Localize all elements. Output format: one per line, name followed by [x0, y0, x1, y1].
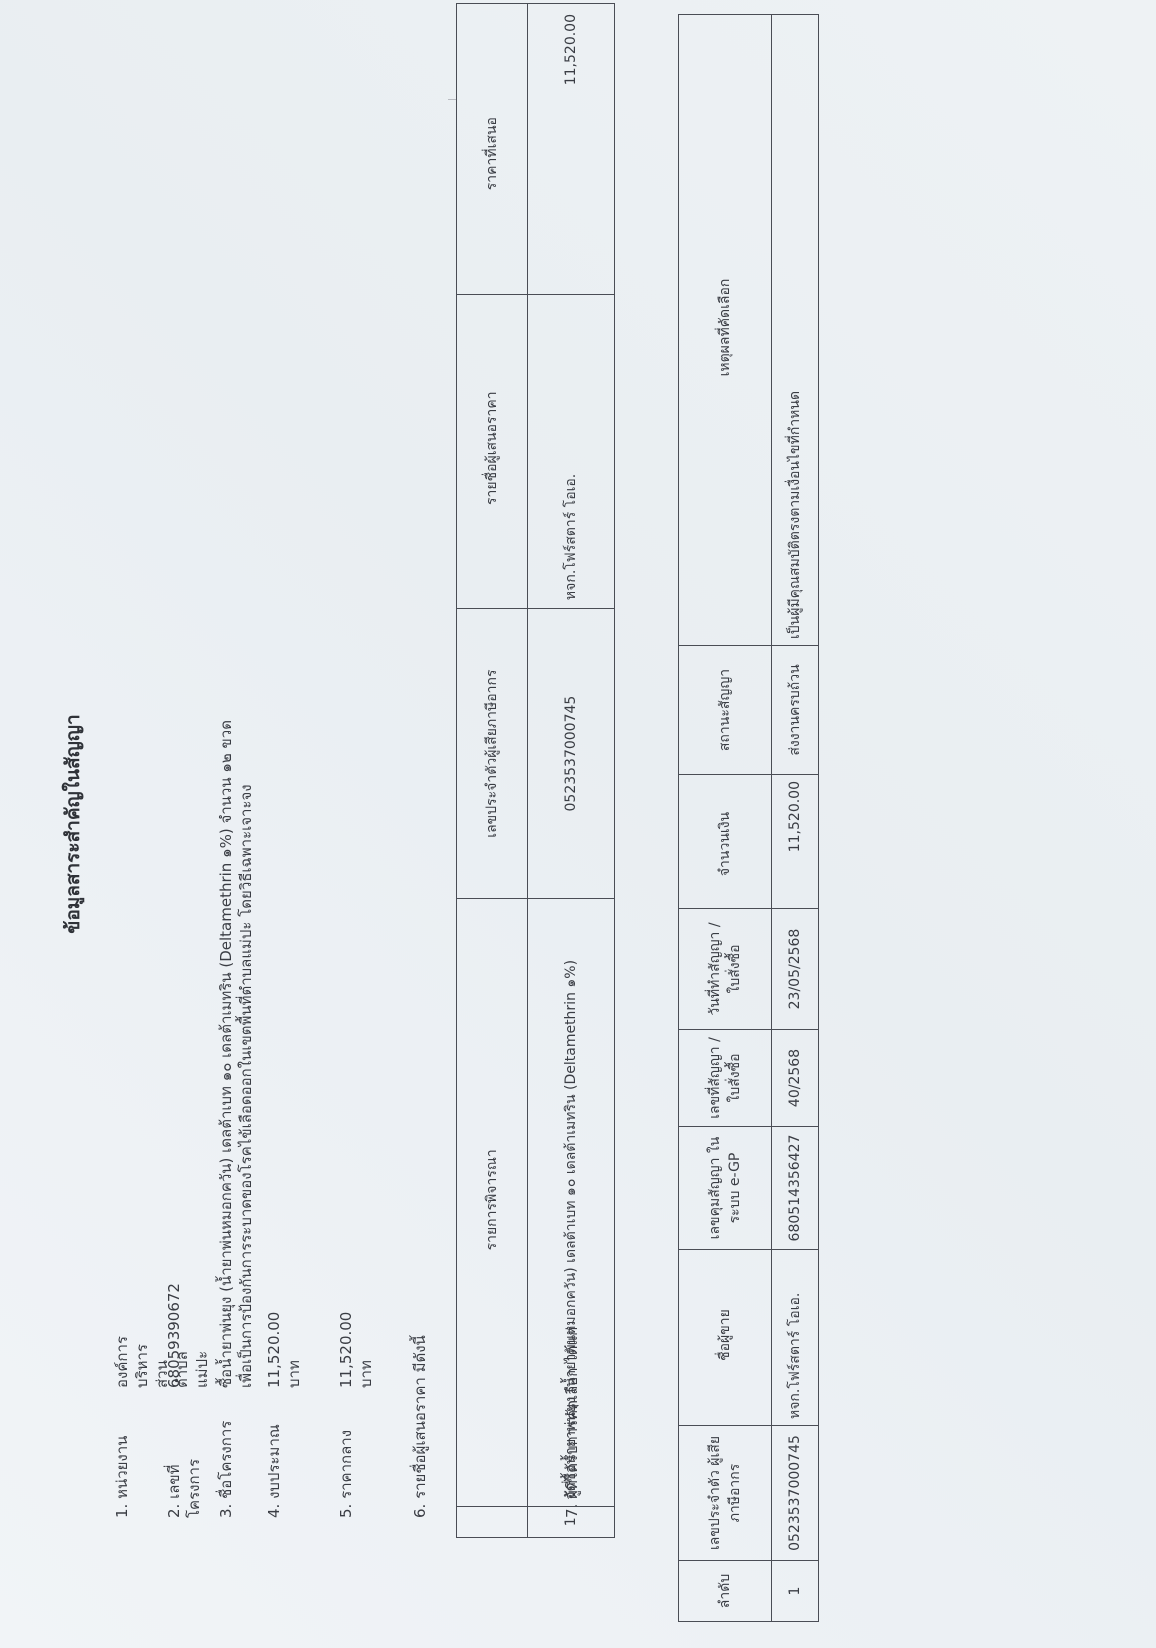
col-header: เลขที่สัญญา / ใบสั่งซื้อ: [679, 1030, 772, 1127]
info-label: 5. ราคากลาง: [336, 1418, 376, 1518]
cell-tax-id: 0523537000745: [528, 609, 615, 899]
info-value: 11,520.00 บาท: [264, 1312, 304, 1388]
cell-egp-control-no: 680514356427: [772, 1127, 819, 1250]
col-header: รายการพิจารณา: [457, 899, 528, 1507]
bidders-table: รายการพิจารณา เลขประจำตัวผู้เสียภาษีอากร…: [456, 3, 615, 1538]
info-label: 4. งบประมาณ: [264, 1418, 304, 1518]
scan-artifact: [448, 99, 456, 100]
info-project-number: 2. เลขที่โครงการ 68059390672: [164, 1283, 204, 1518]
col-header: วันที่ทำสัญญา / ใบสั่งซื้อ: [679, 909, 772, 1030]
cell-contract-date: 23/05/2568: [772, 909, 819, 1030]
selected-vendor-table: ลำดับ เลขประจำตัว ผู้เสียภาษีอากร ชื่อผู…: [678, 14, 819, 1622]
cell-price: 11,520.00: [528, 4, 615, 295]
col-header: รายชื่อผู้เสนอราคา: [457, 295, 528, 609]
page-title: ข้อมูลสาระสำคัญในสัญญา: [58, 0, 88, 1648]
cell-amount: 11,520.00: [772, 775, 819, 909]
col-header: เลขคุมสัญญา ในระบบ e-GP: [679, 1127, 772, 1250]
cell-vendor: หจก.โฟร์สตาร์ โอเอ.: [772, 1250, 819, 1426]
info-budget-row: 4. งบประมาณ 11,520.00 บาท: [264, 1312, 304, 1518]
info-median-price: 5. ราคากลาง 11,520.00 บาท: [336, 1312, 376, 1518]
col-header: ชื่อผู้ขาย: [679, 1250, 772, 1426]
col-header: จำนวนเงิน: [679, 775, 772, 909]
cell-status: ส่งงานครบถ้วน: [772, 646, 819, 775]
document-page: ข้อมูลสาระสำคัญในสัญญา 1. หน่วยงาน องค์ก…: [0, 0, 1156, 1648]
col-header: เลขประจำตัวผู้เสียภาษีอากร: [457, 609, 528, 899]
table-row: 1 จัดซื้อน้ำยาพ่นยุง (น้ำยาพ่นหมอกควัน) …: [528, 4, 615, 1538]
cell-reason: เป็นผู้มีคุณสมบัติตรงตามเงื่อนไขที่กำหนด: [772, 15, 819, 646]
info-value: ซื้อน้ำยาพ่นยุง (น้ำยาพ่นหมอกควัน) เดลต้…: [216, 720, 256, 1388]
table-row: 1 0523537000745 หจก.โฟร์สตาร์ โอเอ. 6805…: [772, 15, 819, 1622]
info-value: 68059390672: [164, 1283, 204, 1388]
col-header: ราคาที่เสนอ: [457, 4, 528, 295]
cell-tax-id: 0523537000745: [772, 1426, 819, 1561]
project-name-line1: ซื้อน้ำยาพ่นยุง (น้ำยาพ่นหมอกควัน) เดลต้…: [216, 720, 236, 1388]
cell-no: 1: [772, 1561, 819, 1622]
section6-heading: 6. รายชื่อผู้เสนอราคา มีดังนี้: [408, 1335, 432, 1518]
cell-item: จัดซื้อน้ำยาพ่นยุง (น้ำยาพ่นหมอกควัน) เด…: [528, 899, 615, 1507]
col-header: เหตุผลที่คัดเลือก: [679, 15, 772, 646]
info-value: 11,520.00 บาท: [336, 1312, 376, 1388]
col-header: สถานะสัญญา: [679, 646, 772, 775]
col-header: [457, 1506, 528, 1537]
table-header-row: รายการพิจารณา เลขประจำตัวผู้เสียภาษีอากร…: [457, 4, 528, 1538]
project-name-line2: เพื่อเป็นการป้องกันการระบาดของโรคไข้เลือ…: [236, 720, 256, 1388]
col-header: เลขประจำตัว ผู้เสียภาษีอากร: [679, 1426, 772, 1561]
info-label: 2. เลขที่โครงการ: [164, 1418, 204, 1518]
col-header: ลำดับ: [679, 1561, 772, 1622]
table-header-row: ลำดับ เลขประจำตัว ผู้เสียภาษีอากร ชื่อผู…: [679, 15, 772, 1622]
cell-contract-no: 40/2568: [772, 1030, 819, 1127]
cell-no: 1: [528, 1506, 615, 1537]
info-project-name: 3. ชื่อโครงการ ซื้อน้ำยาพ่นยุง (น้ำยาพ่น…: [216, 720, 256, 1518]
cell-bidder: หจก.โฟร์สตาร์ โอเอ.: [528, 295, 615, 609]
